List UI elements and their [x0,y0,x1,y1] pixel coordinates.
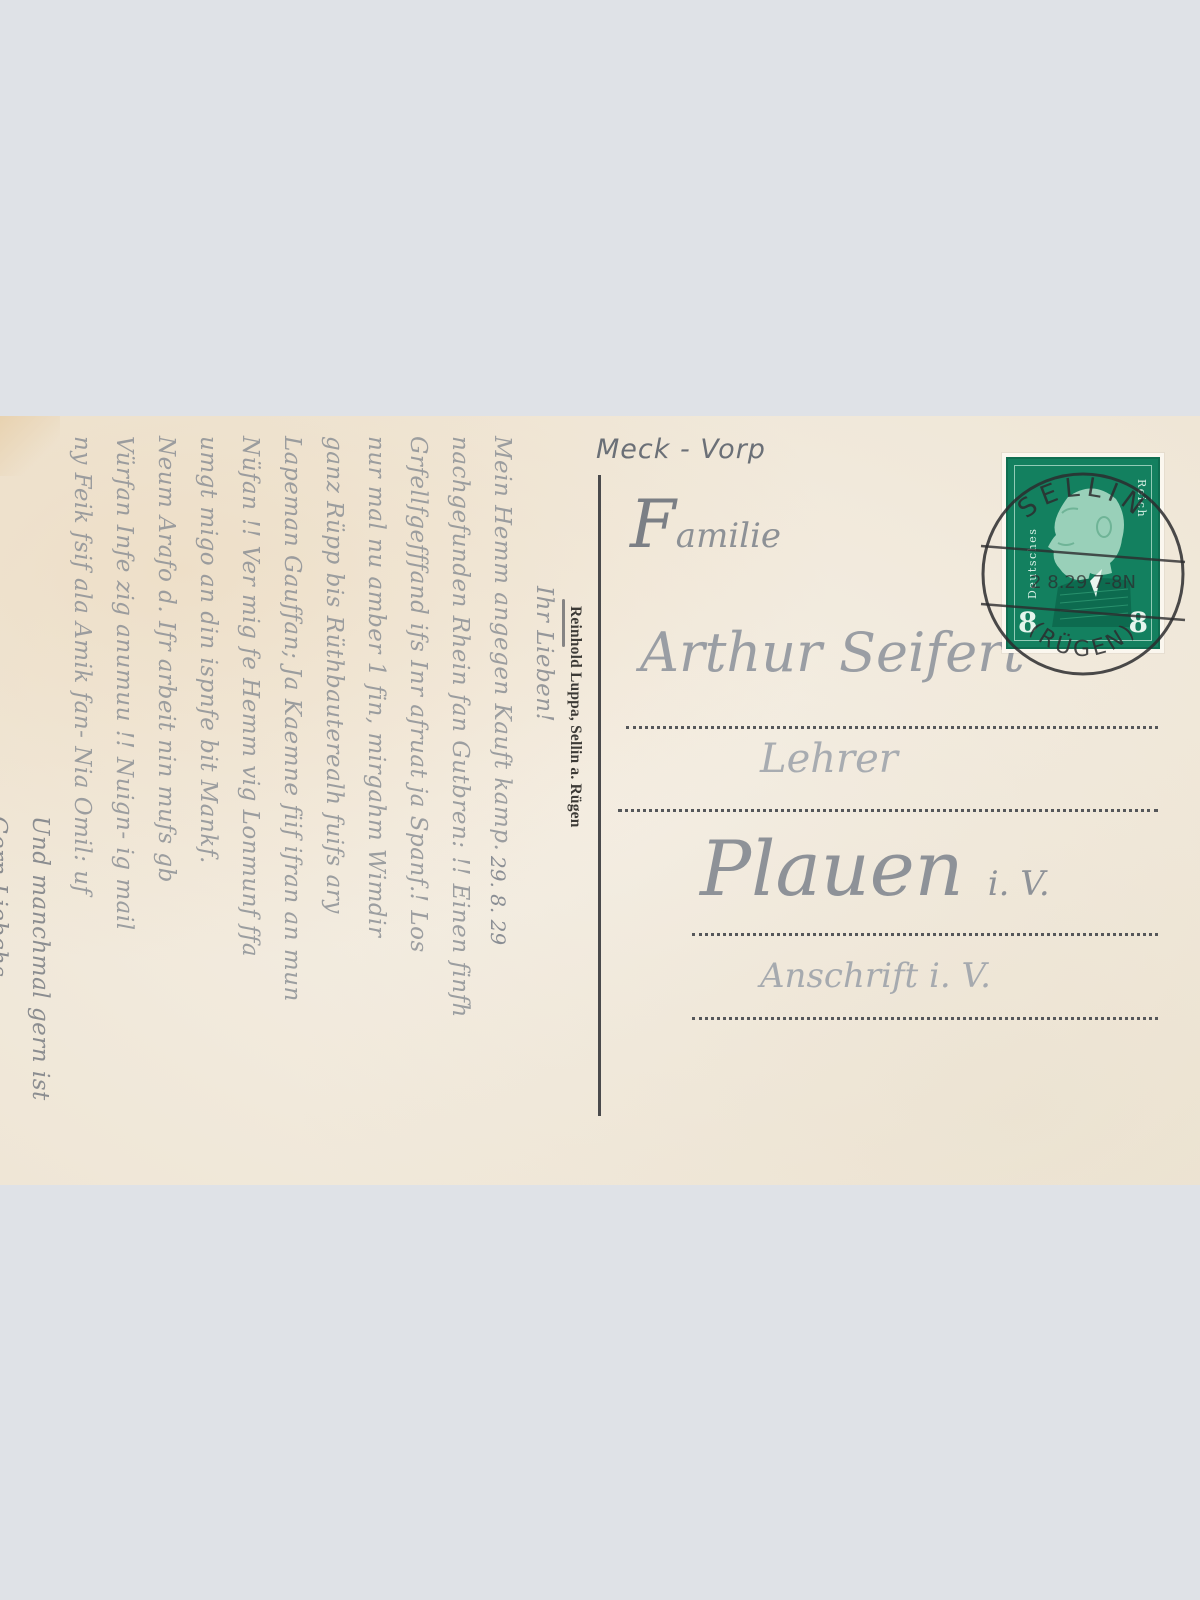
center-divider [598,475,601,1116]
message-date: 29. 8. 29 [486,856,510,945]
message-area: Ihr Lieben! Mein Hemm angegen Kauft kamp… [0,416,590,1185]
address-salutation: Familie [630,486,781,563]
address-city: Plauen i. V. [700,824,1050,913]
message-signature-line: Und manchmal gern ist [19,816,61,1176]
message-line: umgt migo an din ispnfe bit Mankf. [187,436,229,1176]
message-line: Lapeman Gauffan; Ja Kaemne fiif ifran an… [271,436,313,1176]
portrait-icon [1038,477,1132,627]
publisher-imprint: Reinhold Luppa, Sellin a. Rügen [566,606,584,828]
address-name: Arthur Seifert [640,621,1025,684]
message-line: Neum Arafo d. Ifr arbeit nin mufs gb [145,436,187,1176]
imprint-underline-mark [562,599,565,647]
salutation-initial: F [630,486,676,563]
address-street: Anschrift i. V. [760,956,991,996]
stamp-face: Deutsches Reich 8 8 [1006,457,1160,649]
address-line-3 [692,933,1158,936]
message-text: Ihr Lieben! Mein Hemm angegen Kauft kamp… [45,436,565,1176]
region-note: Meck - Vorp [596,434,766,465]
stamp-country-right: Reich [1135,479,1148,518]
message-line: nachgefunden Rhein fan Gutbren: !! Einen… [439,436,481,1176]
message-line: ganz Rüpp bis Rüthbauterealh fuifs ary [313,436,355,1176]
message-line: Mein Hemm angegen Kauft kamp. [481,436,523,1176]
city-name: Plauen [700,824,964,913]
message-line: Grfellfgefffand ifs Inr afruat ja Spanf.… [397,436,439,1176]
address-line-4 [692,1017,1158,1020]
address-occupation: Lehrer [760,736,898,782]
postcard: Ihr Lieben! Mein Hemm angegen Kauft kamp… [0,416,1200,1185]
address-line-1 [626,726,1158,729]
address-line-2 [618,809,1158,812]
salutation-rest: amilie [676,516,781,556]
postage-stamp: Deutsches Reich 8 8 [1002,453,1164,653]
city-suffix: i. V. [988,864,1050,904]
message-line: Nüfan !! Ver mig fe Hemm vig Lonmunf ffa [229,436,271,1176]
stamp-country-left: Deutsches [1026,528,1039,599]
message-signature-line: Gern Liebchs [0,816,19,1176]
message-line: ny Feik fsif ala Amik fan- Nia Omil: uf [61,436,103,1176]
stamp-value-left: 8 [1018,606,1037,639]
message-line: Vürfan Infe zig anumuu !! Nuign- ig mail [103,436,145,1176]
message-greeting: Ihr Lieben! [523,586,565,1176]
stamp-value-right: 8 [1129,606,1148,639]
message-line: nur mal nu amber 1 fin, mirgahm Wimdir [355,436,397,1176]
